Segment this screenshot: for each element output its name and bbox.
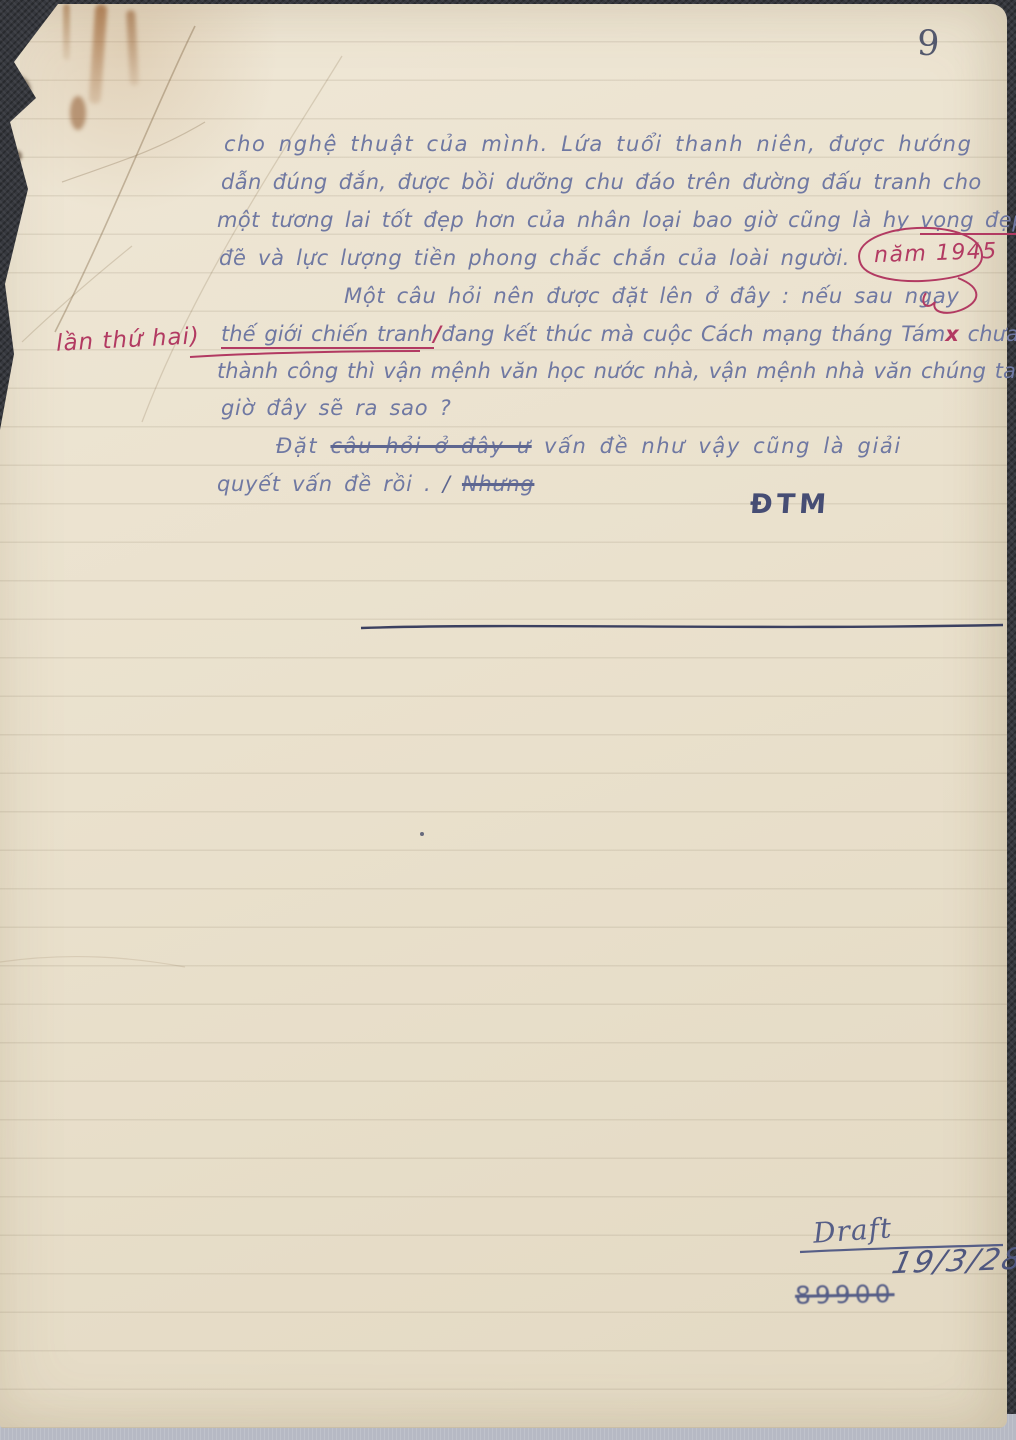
manuscript-photo: 9 cho nghệ thuật của mình. Lứa tuổi than… <box>0 0 1016 1440</box>
handwritten-line: Đặt câu hỏi ở đây ư vấn đề như vậy cũng … <box>276 434 902 458</box>
draft-label: Draft <box>812 1211 893 1249</box>
red-underlined-text: thế giới chiến tranh <box>221 322 434 349</box>
line-text: chưa <box>968 322 1016 346</box>
red-underlined-text: vọng đẹp <box>920 208 1016 235</box>
line-text: đang kết thúc mà cuộc Cách mạng tháng Tá… <box>441 322 945 346</box>
handwritten-line: cho nghệ thuật của mình. Lứa tuổi thanh … <box>224 132 973 156</box>
red-insert-mark: x <box>945 322 959 346</box>
rust-streak <box>89 4 108 105</box>
line-text: một tương lai tốt đẹp hơn của nhân loại … <box>217 208 909 232</box>
date-note: 19/3/28 <box>889 1242 1016 1282</box>
balloon-annotation-red: năm 1945 <box>874 239 999 268</box>
handwritten-line: dẫn đúng đắn, được bồi dưỡng chu đáo trê… <box>221 170 982 194</box>
ink-dot <box>420 832 424 836</box>
caret-mark: / <box>443 472 451 496</box>
page-number: 9 <box>916 23 940 64</box>
line-text: vấn đề như vậy cũng là giải <box>544 434 902 458</box>
struck-text: Nhưng <box>462 472 534 496</box>
line-text: giờ đây sẽ ra sao ? <box>221 396 451 420</box>
struck-scribble: 89900 <box>795 1279 895 1310</box>
author-initials: ĐTM <box>749 489 831 520</box>
line-text: cho nghệ thuật của mình. Lứa tuổi thanh … <box>224 132 973 156</box>
line-text: Đặt <box>276 434 318 458</box>
handwritten-line: thành công thì vận mệnh văn học nước nhà… <box>217 359 1016 383</box>
line-text: Một câu hỏi nên được đặt lên ở đây : nếu… <box>344 284 960 308</box>
handwritten-line: đẽ và lực lượng tiền phong chắc chắn của… <box>219 246 850 270</box>
handwritten-line: một tương lai tốt đẹp hơn của nhân loại … <box>217 208 1016 232</box>
line-text: dẫn đúng đắn, được bồi dưỡng chu đáo trê… <box>221 170 982 194</box>
rust-streak <box>63 4 70 60</box>
handwritten-line: thế giới chiến tranh/đang kết thúc mà cu… <box>221 322 1016 346</box>
struck-text: câu hỏi ở đây ư <box>330 434 531 458</box>
rust-streak <box>126 10 139 86</box>
rust-blob <box>70 96 86 130</box>
line-text: thành công thì vận mệnh văn học nước nhà… <box>217 359 1016 383</box>
handwritten-line: Một câu hỏi nên được đặt lên ở đây : nếu… <box>344 284 960 308</box>
line-text: quyết vấn đề rồi . <box>217 472 431 496</box>
handwritten-line: giờ đây sẽ ra sao ? <box>221 396 451 420</box>
handwritten-line: quyết vấn đề rồi . / Nhưng <box>217 472 534 496</box>
line-text: đẽ và lực lượng tiền phong chắc chắn của… <box>219 246 850 270</box>
